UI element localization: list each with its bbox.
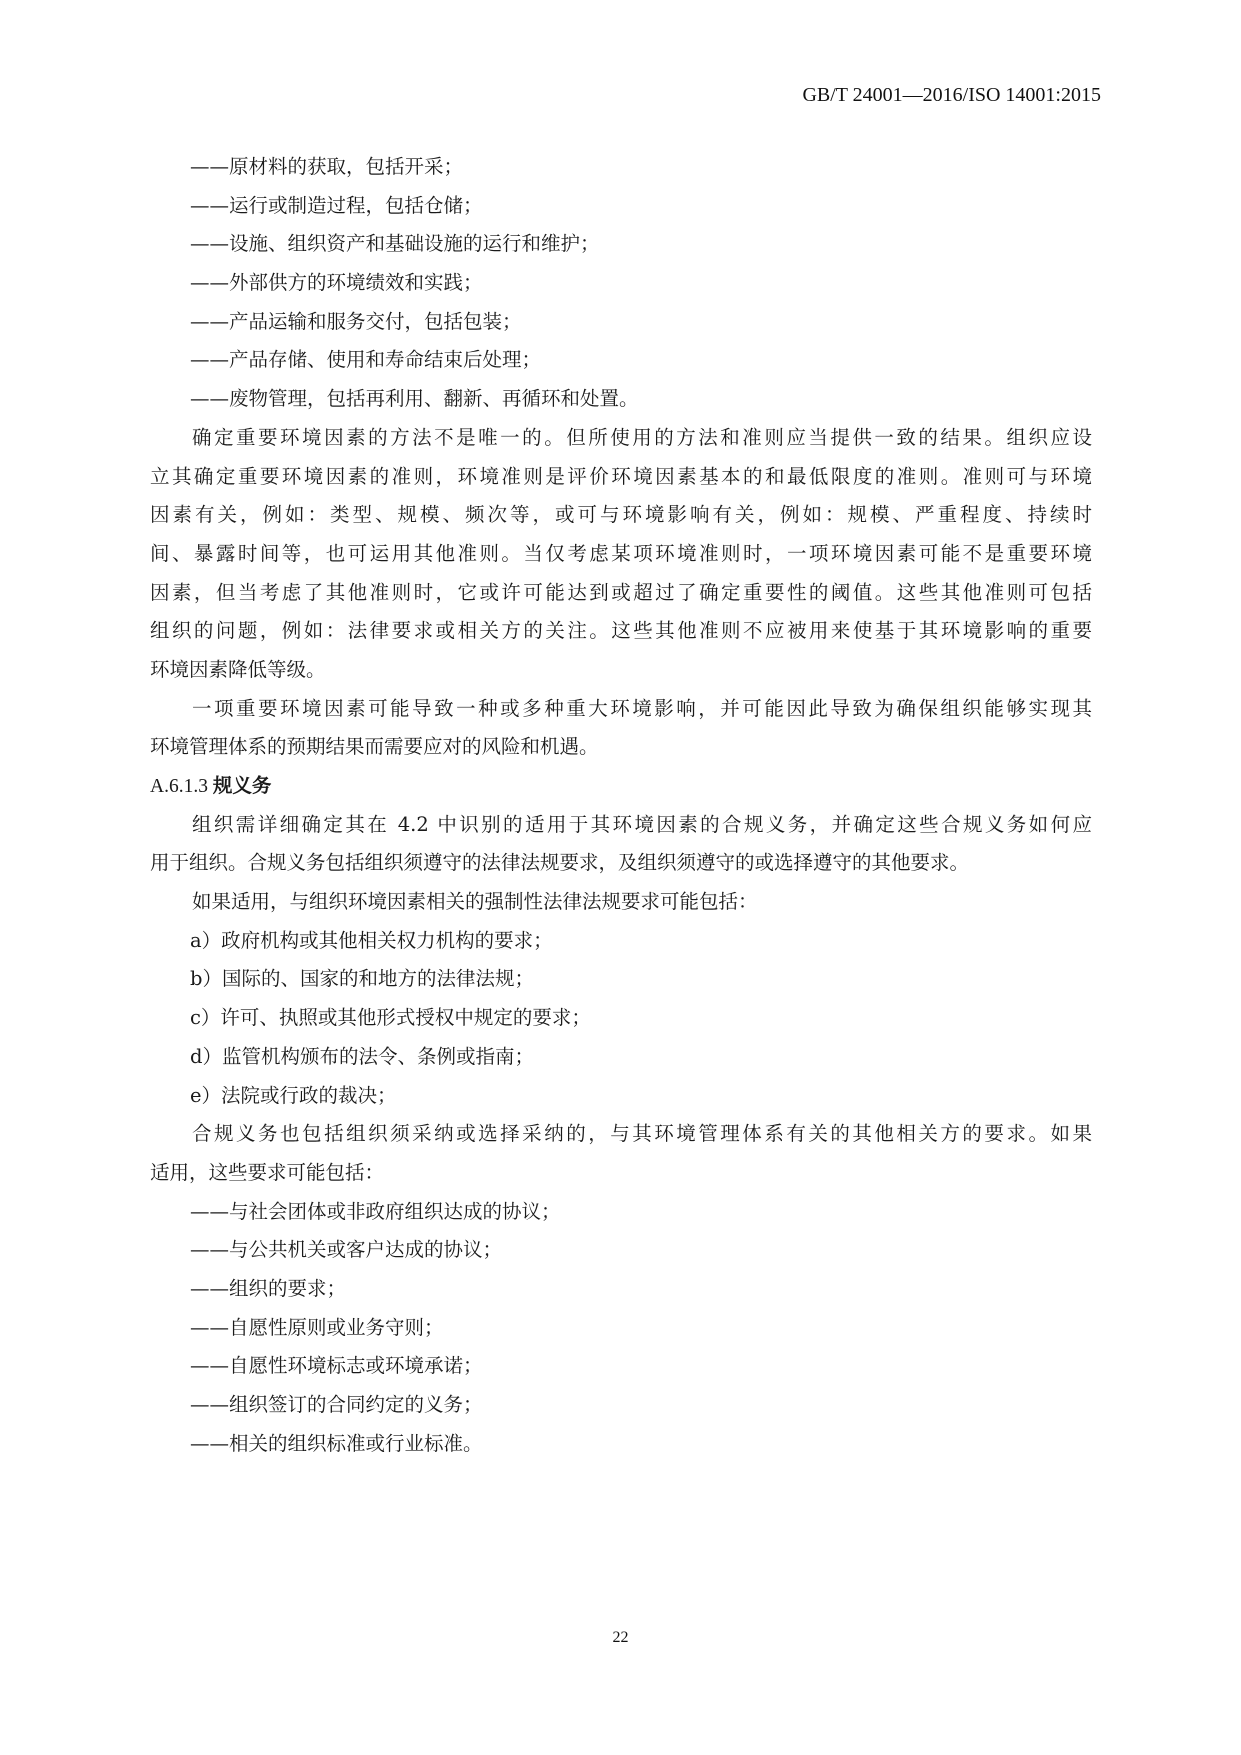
section-number: A.6.1.3	[150, 776, 208, 797]
list-item: d）监管机构颁布的法令、条例或指南；	[150, 1038, 1092, 1077]
paragraph-line: 环境因素降低等级。	[150, 651, 1092, 690]
paragraph-line: 一项重要环境因素可能导致一种或多种重大环境影响，并可能因此导致为确保组织能够实现…	[150, 690, 1092, 729]
paragraph-other-requirements: 合规义务也包括组织须采纳或选择采纳的，与其环境管理体系有关的其他相关方的要求。如…	[150, 1115, 1092, 1192]
list-item: c）许可、执照或其他形式授权中规定的要求；	[150, 999, 1092, 1038]
paragraph-line: 确定重要环境因素的方法不是唯一的。但所使用的方法和准则应当提供一致的结果。组织应…	[150, 419, 1092, 458]
list-item: b）国际的、国家的和地方的法律法规；	[150, 960, 1092, 999]
list-item: ——自愿性原则或业务守则；	[150, 1309, 1092, 1348]
list-item: ——与公共机关或客户达成的协议；	[150, 1231, 1092, 1270]
page-body: ——原材料的获取，包括开采； ——运行或制造过程，包括仓储； ——设施、组织资产…	[150, 148, 1092, 1463]
paragraph-line: 合规义务也包括组织须采纳或选择采纳的，与其环境管理体系有关的其他相关方的要求。如…	[150, 1115, 1092, 1154]
paragraph-line: 因素，但当考虑了其他准则时，它或许可能达到或超过了确定重要性的阈值。这些其他准则…	[150, 574, 1092, 613]
section-title: 规义务	[213, 774, 272, 797]
list-item: ——原材料的获取，包括开采；	[150, 148, 1092, 187]
page-footer: 22	[0, 1629, 1241, 1647]
list-item: ——自愿性环境标志或环境承诺；	[150, 1347, 1092, 1386]
list-item: ——组织的要求；	[150, 1270, 1092, 1309]
document-header: GB/T 24001—2016/ISO 14001:2015	[802, 84, 1101, 107]
paragraph-significance-criteria: 确定重要环境因素的方法不是唯一的。但所使用的方法和准则应当提供一致的结果。组织应…	[150, 419, 1092, 690]
list-item: e）法院或行政的裁决；	[150, 1077, 1092, 1116]
list-item: ——产品运输和服务交付，包括包装；	[150, 303, 1092, 342]
paragraph-line: 因素有关，例如：类型、规模、频次等，或可与环境影响有关，例如：规模、严重程度、持…	[150, 496, 1092, 535]
paragraph-line: 如果适用，与组织环境因素相关的强制性法律法规要求可能包括：	[150, 883, 1092, 922]
paragraph-risks-opportunities: 一项重要环境因素可能导致一种或多种重大环境影响，并可能因此导致为确保组织能够实现…	[150, 690, 1092, 767]
list-item: ——运行或制造过程，包括仓储；	[150, 187, 1092, 226]
list-item: ——设施、组织资产和基础设施的运行和维护；	[150, 225, 1092, 264]
list-item: ——外部供方的环境绩效和实践；	[150, 264, 1092, 303]
lifecycle-stage-list: ——原材料的获取，包括开采； ——运行或制造过程，包括仓储； ——设施、组织资产…	[150, 148, 1092, 419]
paragraph-line: 用于组织。合规义务包括组织须遵守的法律法规要求，及组织须遵守的或选择遵守的其他要…	[150, 844, 1092, 883]
standard-number: GB/T 24001—2016/ISO 14001:2015	[802, 84, 1101, 106]
paragraph-compliance-obligations: 组织需详细确定其在 4.2 中识别的适用于其环境因素的合规义务，并确定这些合规义…	[150, 806, 1092, 883]
section-heading: A.6.1.3 规义务	[150, 767, 1092, 806]
paragraph-line: 环境管理体系的预期结果而需要应对的风险和机遇。	[150, 728, 1092, 767]
list-item: ——废物管理，包括再利用、翻新、再循环和处置。	[150, 380, 1092, 419]
paragraph-line: 组织需详细确定其在 4.2 中识别的适用于其环境因素的合规义务，并确定这些合规义…	[150, 806, 1092, 845]
legal-requirements-list: a）政府机构或其他相关权力机构的要求； b）国际的、国家的和地方的法律法规； c…	[150, 922, 1092, 1115]
list-item: ——组织签订的合同约定的义务；	[150, 1386, 1092, 1425]
list-item: ——产品存储、使用和寿命结束后处理；	[150, 341, 1092, 380]
paragraph-line: 适用，这些要求可能包括：	[150, 1154, 1092, 1193]
list-item: ——与社会团体或非政府组织达成的协议；	[150, 1193, 1092, 1232]
paragraph-line: 间、暴露时间等，也可运用其他准则。当仅考虑某项环境准则时，一项环境因素可能不是重…	[150, 535, 1092, 574]
list-item: a）政府机构或其他相关权力机构的要求；	[150, 922, 1092, 961]
paragraph-line: 立其确定重要环境因素的准则，环境准则是评价环境因素基本的和最低限度的准则。准则可…	[150, 458, 1092, 497]
paragraph-line: 组织的问题，例如：法律要求或相关方的关注。这些其他准则不应被用来使基于其环境影响…	[150, 612, 1092, 651]
list-item: ——相关的组织标准或行业标准。	[150, 1425, 1092, 1464]
page-number: 22	[613, 1629, 629, 1646]
interested-party-requirements-list: ——与社会团体或非政府组织达成的协议； ——与公共机关或客户达成的协议； ——组…	[150, 1193, 1092, 1464]
paragraph-mandatory-requirements-intro: 如果适用，与组织环境因素相关的强制性法律法规要求可能包括：	[150, 883, 1092, 922]
